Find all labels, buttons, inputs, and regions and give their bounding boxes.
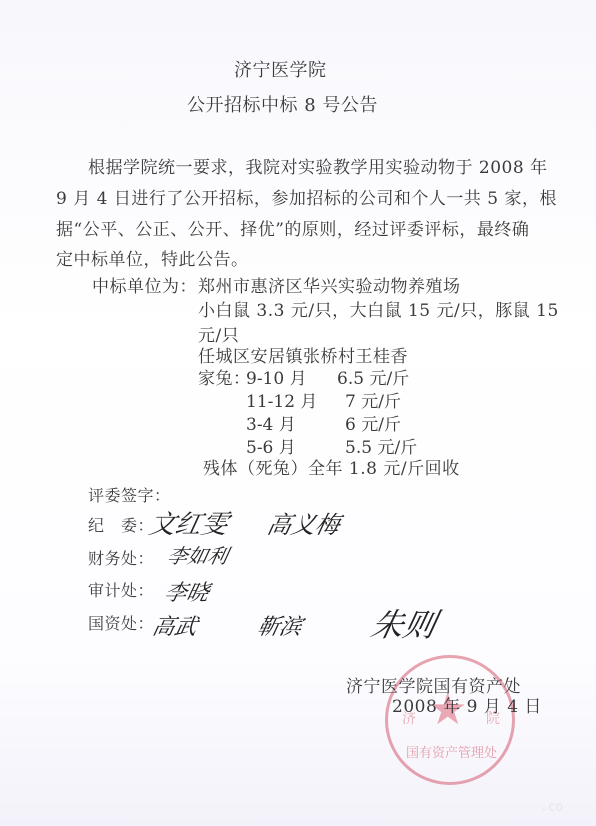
rabbit-price: 5.5 元/斤 [345, 437, 417, 459]
residue-note: 残体（死兔）全年 1.8 元/斤回收 [203, 458, 460, 480]
official-seal: 济 ★ 院 国有资产管理处 [385, 655, 515, 785]
signature-role: 审计处： [88, 580, 154, 602]
handwritten-signature: 高武 [150, 610, 201, 641]
paragraph-line: 据“公平、公正、公开、择优”的原则，经过评委评标，最终确 [56, 219, 529, 241]
institution-name: 济宁医学院 [234, 60, 327, 82]
winner-1-prices: 小白鼠 3.3 元/只，大白鼠 15 元/只，豚鼠 15 [198, 300, 559, 322]
signature-role: 纪 委： [88, 515, 154, 537]
issue-date: 2008 年 9 月 4 日 [392, 696, 542, 718]
handwritten-signature: 李如利 [165, 540, 231, 569]
paragraph-line: 定中标单位，特此公告。 [56, 249, 249, 271]
handwritten-signature: 靳滨 [255, 610, 306, 641]
announcement-title: 公开招标中标 8 号公告 [187, 95, 378, 117]
handwritten-signature: 李晓 [162, 576, 213, 607]
rabbit-price: 6.5 元/斤 [337, 368, 409, 390]
issuer: 济宁医学院国有资产处 [346, 676, 521, 698]
rabbit-months: 5-6 月 [246, 437, 296, 459]
rabbit-months: 9-10 月 [246, 368, 307, 390]
signature-role: 国资处： [88, 613, 154, 635]
handwritten-signature: 高义梅 [264, 505, 343, 540]
signature-role: 财务处： [88, 548, 154, 570]
document-page: 济宁医学院 公开招标中标 8 号公告 根据学院统一要求，我院对实验教学用实验动物… [0, 0, 596, 826]
rabbit-months: 3-4 月 [246, 414, 296, 436]
rabbit-price: 7 元/斤 [345, 391, 401, 413]
rabbit-label: 家兔： [198, 368, 251, 390]
handwritten-signature: 朱则 [367, 600, 441, 646]
winner-2-name: 任城区安居镇张桥村王桂香 [198, 346, 408, 368]
paragraph-line: 9 月 4 日进行了公开招标，参加招标的公司和个人一共 5 家，根 [56, 188, 557, 210]
winners-label: 中标单位为： [92, 276, 197, 298]
rabbit-price: 6 元/斤 [345, 414, 401, 436]
winner-1-prices-cont: 元/只 [198, 325, 239, 347]
winner-1-name: 郑州市惠济区华兴实验动物养殖场 [198, 276, 461, 298]
rabbit-months: 11-12 月 [246, 391, 317, 413]
paragraph-line: 根据学院统一要求，我院对实验教学用实验动物于 2008 年 [88, 157, 548, 179]
watermark: .co [540, 800, 563, 815]
seal-text: 国有资产管理处 [404, 742, 499, 761]
handwritten-signature: 文红雯 [146, 504, 232, 541]
